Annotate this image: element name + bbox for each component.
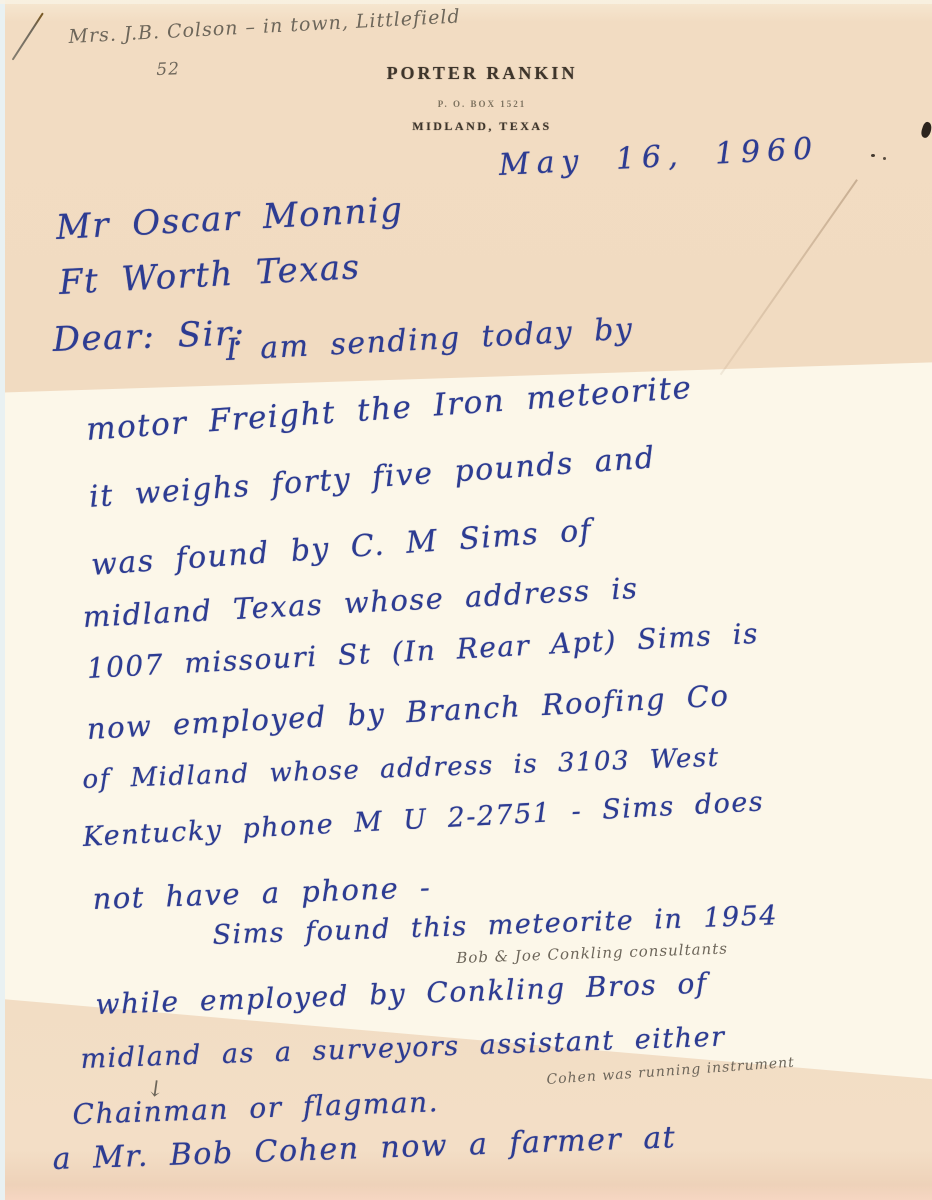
paper-crease-line (720, 179, 858, 375)
letter-date: May 16, 1960 (498, 131, 820, 183)
recipient-name: Mr Oscar Monnig (55, 190, 404, 248)
scan-edge-top (0, 0, 932, 4)
salutation: Dear: Sir: (52, 313, 246, 360)
letterhead-po-box: P. O. BOX 1521 (16, 99, 932, 109)
letterhead-company-name: PORTER RANKIN (16, 63, 932, 84)
scanned-letter-page: Mrs. J.B. Colson – in town, Littlefield … (0, 0, 932, 1200)
pencil-top-annotation: Mrs. J.B. Colson – in town, Littlefield (68, 5, 461, 48)
scan-edge-left (0, 0, 5, 1200)
recipient-city: Ft Worth Texas (58, 247, 362, 303)
pencil-cohen-annotation: Cohen was running instrument (546, 1055, 795, 1088)
paper-speck (871, 154, 875, 157)
body-line: Chainman or flagman. (72, 1085, 440, 1131)
body-line: a Mr. Bob Cohen now a farmer at (52, 1120, 677, 1177)
letter-opening-line: I am sending today by (225, 312, 634, 368)
paper-speck (883, 157, 886, 160)
pencil-slash-mark (12, 12, 44, 60)
